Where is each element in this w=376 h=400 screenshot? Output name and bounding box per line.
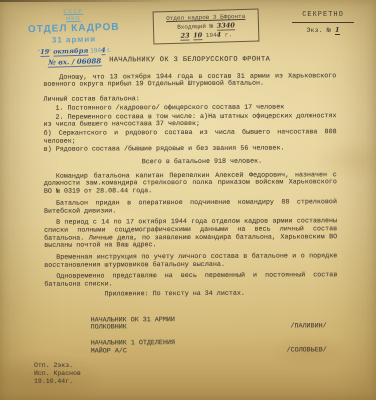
footer-executor: Исп. Краснов: [34, 370, 81, 378]
paragraph-submission: Одновременно представляю на весь перемен…: [44, 273, 337, 290]
signature-name: /СОЛОВЬЕВ/: [287, 347, 327, 355]
list-item-2: 2. Переменного состава в том числе: а)На…: [43, 113, 336, 130]
front-stamp-date-month-handwritten: 10: [193, 31, 202, 40]
clerical-footer: Отп. 2экз. Исп. Краснов 19.10.44г.: [34, 362, 81, 386]
copy-number-line: Экз. № 1: [292, 26, 354, 35]
signature-block: НАЧАЛЬНИК ОК 31 АРМИИ ПОЛКОВНИК /ПАЛИВИН…: [91, 316, 327, 356]
signature-row-chief-ok: НАЧАЛЬНИК ОК 31 АРМИИ ПОЛКОВНИК /ПАЛИВИН…: [91, 316, 327, 333]
quote-mark: ”: [49, 49, 51, 56]
signature-rank: ПОЛКОВНИК: [91, 324, 175, 332]
copy-number-value-handwritten: 1: [335, 26, 340, 35]
scan-edge-artifact: [0, 0, 169, 2]
front-incoming-stamp-box: Отдел кадров 3 БФронта Входящий № 3340 2…: [153, 9, 260, 45]
recipient-heading: НАЧАЛЬНИКУ ОК 3 БЕЛОРУССКОГО ФРОНТА: [43, 56, 336, 65]
front-stamp-date-year-printed: 194: [206, 32, 217, 39]
signature-name: /ПАЛИВИН/: [290, 324, 326, 332]
total-line: Всего в батальоне 918 человек.: [142, 158, 337, 167]
personnel-list: Личный состав батальона: 1. Постоянного …: [43, 95, 336, 154]
stamp-date-year-digit-handwritten: 4: [101, 46, 106, 55]
signature-titles: НАЧАЛЬНИК ОК 31 АРМИИ ПОЛКОВНИК: [91, 317, 175, 333]
front-stamp-date-suffix: г.: [225, 31, 232, 38]
stamp-unit: 31 армии: [16, 33, 132, 46]
paragraph-arrival: Доношу, что 13 октября 1944 года в соста…: [43, 73, 336, 90]
attachment-line: Приложение: По тексту на 34 листах.: [104, 290, 337, 299]
scanned-document-page: СССР НКО ОТДЕЛ КАДРОВ 31 армии “19” октя…: [0, 0, 376, 400]
paragraph-lists-prepared: В период с 14 по 17 октября 1944 года от…: [44, 218, 337, 250]
front-stamp-date-day-handwritten: 23: [180, 31, 189, 40]
copy-number-label: Экз. №: [306, 27, 330, 35]
paragraph-instruction: Временная инструкция по учету личного со…: [44, 253, 337, 270]
stamp-date-day-handwritten: 19: [40, 48, 49, 57]
secrecy-label: СЕКРЕТНО: [292, 11, 354, 23]
signature-titles: НАЧАЛЬНИК 1 ОТДЕЛЕНИЯ МАЙОР А/С: [91, 340, 175, 356]
stamp-date-month-handwritten: октября: [53, 47, 88, 57]
paragraph-subordination: Батальон придан в оперативное подчинение…: [44, 199, 337, 216]
footer-copies: Отп. 2экз.: [34, 362, 81, 370]
front-stamp-incoming-label: Входящий №: [177, 23, 213, 31]
front-stamp-incoming-value-handwritten: 3340: [217, 21, 235, 31]
typed-content: НАЧАЛЬНИКУ ОК 3 БЕЛОРУССКОГО ФРОНТА Доно…: [43, 56, 338, 364]
signature-rank: МАЙОР А/С: [91, 348, 175, 356]
stamp-date-year-printed: 194: [90, 47, 101, 54]
list-item-3: б) Сержантского и рядового состава из чи…: [44, 129, 337, 146]
front-stamp-date-line: 23 10 1944 г.: [156, 30, 256, 42]
list-item-4: в) Рядового состава /бывшие рядовые и бе…: [44, 146, 337, 155]
secrecy-block: СЕКРЕТНО Экз. № 1: [292, 11, 354, 35]
front-stamp-date-year-digit-handwritten: 4: [217, 31, 222, 39]
paragraph-commander: Командир батальона капитан Перепелкин Ал…: [44, 172, 337, 197]
footer-date: 19.10.44г.: [34, 378, 81, 386]
stamp-date-suffix: г.: [107, 47, 111, 54]
signature-row-chief-1st-section: НАЧАЛЬНИК 1 ОТДЕЛЕНИЯ МАЙОР А/С /СОЛОВЬЕ…: [91, 339, 327, 356]
